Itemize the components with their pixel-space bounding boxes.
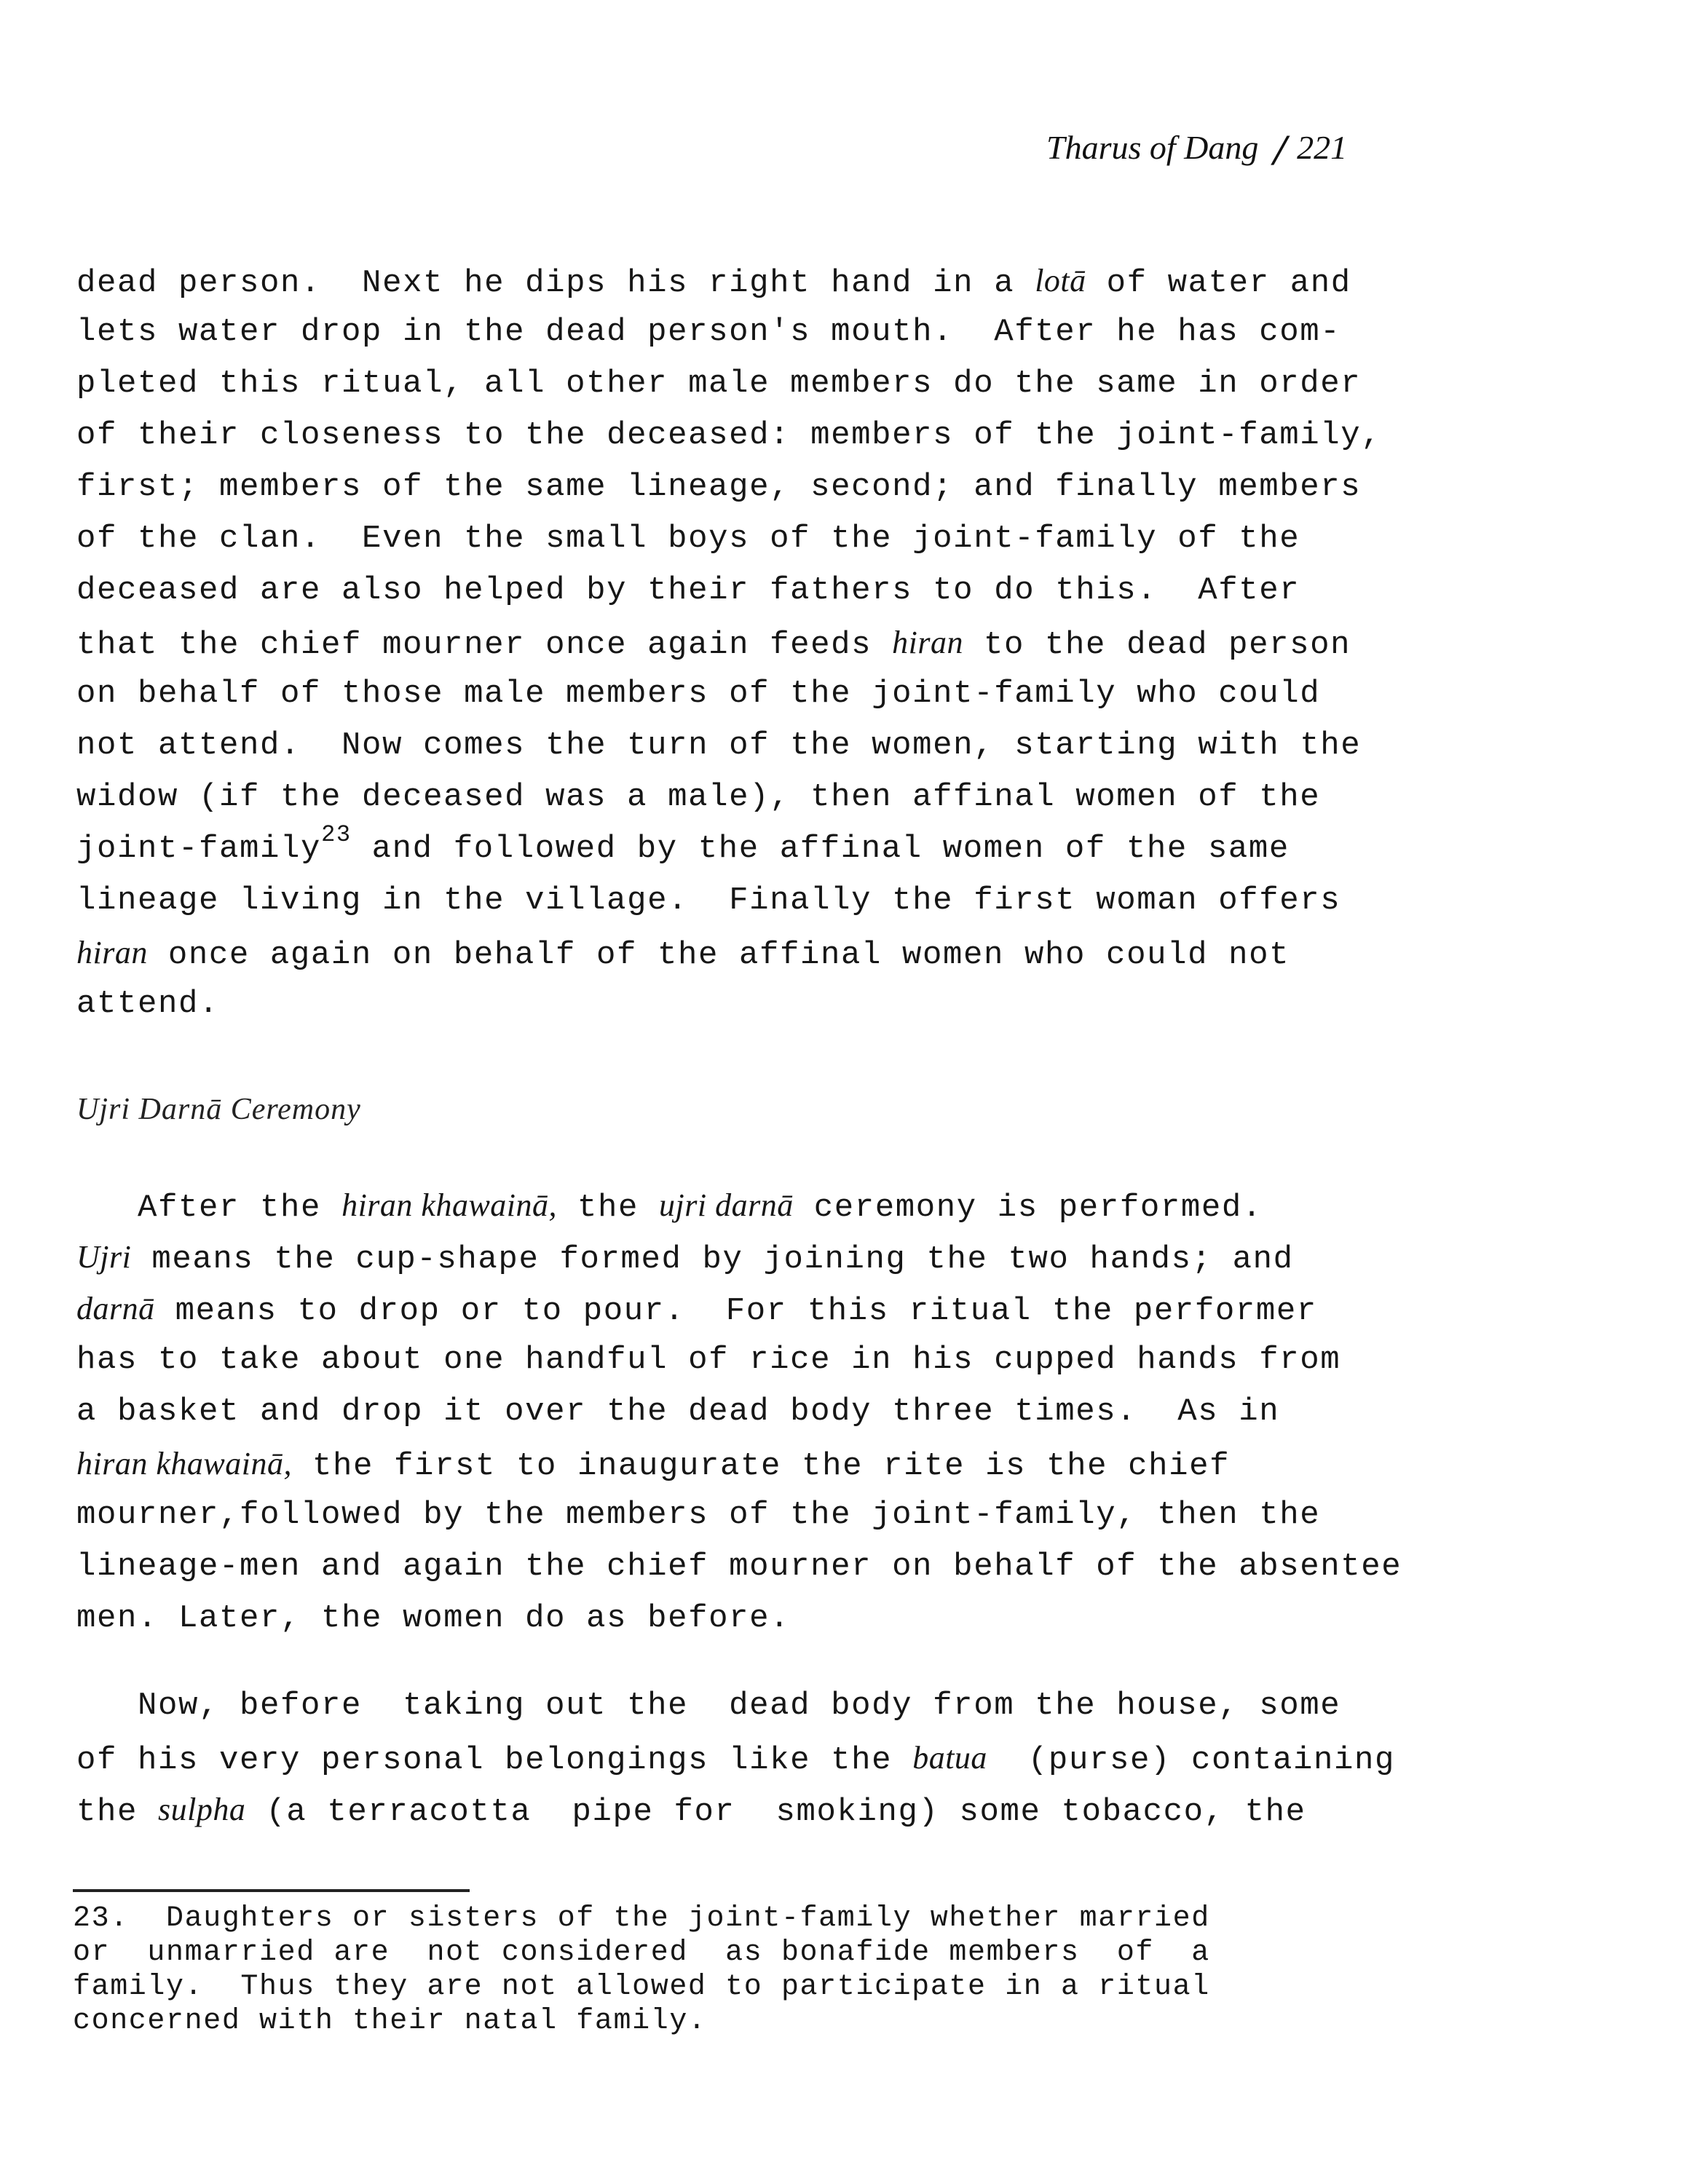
italic-term: hiran — [892, 625, 963, 660]
page-number: 221 — [1297, 129, 1347, 166]
text-line: dead person. Next he dips his right hand… — [76, 255, 1460, 306]
text-run: (purse) containing — [987, 1742, 1395, 1779]
italic-term: Ujri — [76, 1239, 131, 1275]
text-line: that the chief mourner once again feeds … — [76, 617, 1460, 668]
text-line: of his very personal belongings like the… — [76, 1732, 1460, 1784]
text-line: darnā means to drop or to pour. For this… — [76, 1283, 1460, 1334]
text-run: pleted this ritual, all other male membe… — [76, 365, 1361, 402]
italic-term: hiran khawainā, — [76, 1446, 292, 1481]
text-run: men. Later, the women do as before. — [76, 1600, 790, 1637]
text-line: first; members of the same lineage, seco… — [76, 462, 1460, 513]
text-line: men. Later, the women do as before. — [76, 1593, 1460, 1645]
text-run: to the dead person — [963, 627, 1351, 663]
text-run: lineage-men and again the chief mourner … — [76, 1548, 1402, 1585]
text-line: joint-family23 and followed by the affin… — [76, 823, 1460, 875]
text-line: hiran khawainā, the first to inaugurate … — [76, 1438, 1460, 1489]
text-run: of his very personal belongings like the — [76, 1742, 912, 1779]
text-line: mourner,followed by the members of the j… — [76, 1489, 1460, 1541]
text-run: that the chief mourner once again feeds — [76, 627, 892, 663]
text-run: mourner,followed by the members of the j… — [76, 1497, 1320, 1533]
text-run: means to drop or to pour. For this ritua… — [155, 1293, 1317, 1329]
text-run: deceased are also helped by their father… — [76, 572, 1300, 609]
text-run: first; members of the same lineage, seco… — [76, 469, 1361, 505]
text-run: joint-family — [76, 831, 321, 867]
text-run: widow (if the deceased was a male), then… — [76, 779, 1320, 815]
text-line: the sulpha (a terracotta pipe for smokin… — [76, 1784, 1460, 1835]
section-heading: Ujri Darnā Ceremony — [76, 1092, 361, 1127]
paragraph-ujri-darna: After the hiran khawainā, the ujri darnā… — [76, 1179, 1460, 1645]
text-run: lets water drop in the dead person's mou… — [76, 314, 1340, 350]
text-line: Now, before taking out the dead body fro… — [76, 1680, 1460, 1732]
text-run: attend. — [76, 986, 219, 1022]
text-line: attend. — [76, 978, 1460, 1030]
text-line: has to take about one handful of rice in… — [76, 1334, 1460, 1386]
footnote-line: 23. Daughters or sisters of the joint-fa… — [73, 1902, 1210, 1936]
italic-term: batua — [912, 1740, 987, 1776]
italic-term: ujri darnā — [659, 1187, 794, 1223]
text-run: means the cup-shape formed by joining th… — [131, 1241, 1293, 1278]
text-run: Now, before taking out the dead body fro… — [76, 1688, 1340, 1724]
text-line: on behalf of those male members of the j… — [76, 668, 1460, 720]
text-line: hiran once again on behalf of the affina… — [76, 927, 1460, 978]
text-run: the first to inaugurate the rite is the … — [292, 1448, 1230, 1484]
text-line: a basket and drop it over the dead body … — [76, 1386, 1460, 1438]
running-title: Tharus of Dang — [1046, 129, 1258, 166]
text-line: lineage living in the village. Finally t… — [76, 875, 1460, 927]
text-line: deceased are also helped by their father… — [76, 565, 1460, 617]
text-line: not attend. Now comes the turn of the wo… — [76, 720, 1460, 772]
text-run: After the — [76, 1190, 341, 1226]
text-run: of the clan. Even the small boys of the … — [76, 521, 1300, 557]
text-line: of the clan. Even the small boys of the … — [76, 513, 1460, 565]
text-line: lineage-men and again the chief mourner … — [76, 1541, 1460, 1593]
text-run: of water and — [1086, 265, 1351, 301]
text-run: lineage living in the village. Finally t… — [76, 882, 1340, 919]
text-line: lets water drop in the dead person's mou… — [76, 306, 1460, 358]
text-run: on behalf of those male members of the j… — [76, 676, 1320, 712]
text-run: has to take about one handful of rice in… — [76, 1342, 1340, 1378]
paragraph-hiran-khawaina-continued: dead person. Next he dips his right hand… — [76, 255, 1460, 1030]
italic-term: lotā — [1035, 263, 1086, 298]
footnote-line: concerned with their natal family. — [73, 2004, 1210, 2038]
paragraph-personal-belongings: Now, before taking out the dead body fro… — [76, 1680, 1460, 1835]
footnote-reference: 23 — [321, 821, 352, 848]
italic-term: hiran khawainā, — [341, 1187, 557, 1223]
italic-term: darnā — [76, 1291, 155, 1326]
text-run: of their closeness to the deceased: memb… — [76, 417, 1381, 454]
running-header: Tharus of Dang/221 — [1046, 125, 1347, 175]
footnote-23: 23. Daughters or sisters of the joint-fa… — [73, 1902, 1210, 2038]
footnote-line: family. Thus they are not allowed to par… — [73, 1970, 1210, 2004]
text-run: once again on behalf of the affinal wome… — [148, 937, 1290, 973]
italic-term: hiran — [76, 935, 148, 970]
text-run: not attend. Now comes the turn of the wo… — [76, 727, 1361, 764]
text-run: dead person. Next he dips his right hand… — [76, 265, 1035, 301]
text-line: Ujri means the cup-shape formed by joini… — [76, 1231, 1460, 1283]
text-line: After the hiran khawainā, the ujri darnā… — [76, 1179, 1460, 1231]
footnote-line: or unmarried are not considered as bonaf… — [73, 1936, 1210, 1970]
text-line: pleted this ritual, all other male membe… — [76, 358, 1460, 410]
text-line: widow (if the deceased was a male), then… — [76, 772, 1460, 823]
text-run: (a terracotta pipe for smoking) some tob… — [245, 1794, 1306, 1830]
italic-term: sulpha — [158, 1792, 245, 1827]
text-run: ceremony is performed. — [794, 1190, 1263, 1226]
text-run: a basket and drop it over the dead body … — [76, 1393, 1279, 1430]
text-run: the — [557, 1190, 659, 1226]
text-line: of their closeness to the deceased: memb… — [76, 410, 1460, 462]
text-run: and followed by the affinal women of the… — [352, 831, 1290, 867]
text-run: the — [76, 1794, 158, 1830]
header-separator: / — [1269, 125, 1292, 175]
footnote-divider — [73, 1889, 470, 1892]
